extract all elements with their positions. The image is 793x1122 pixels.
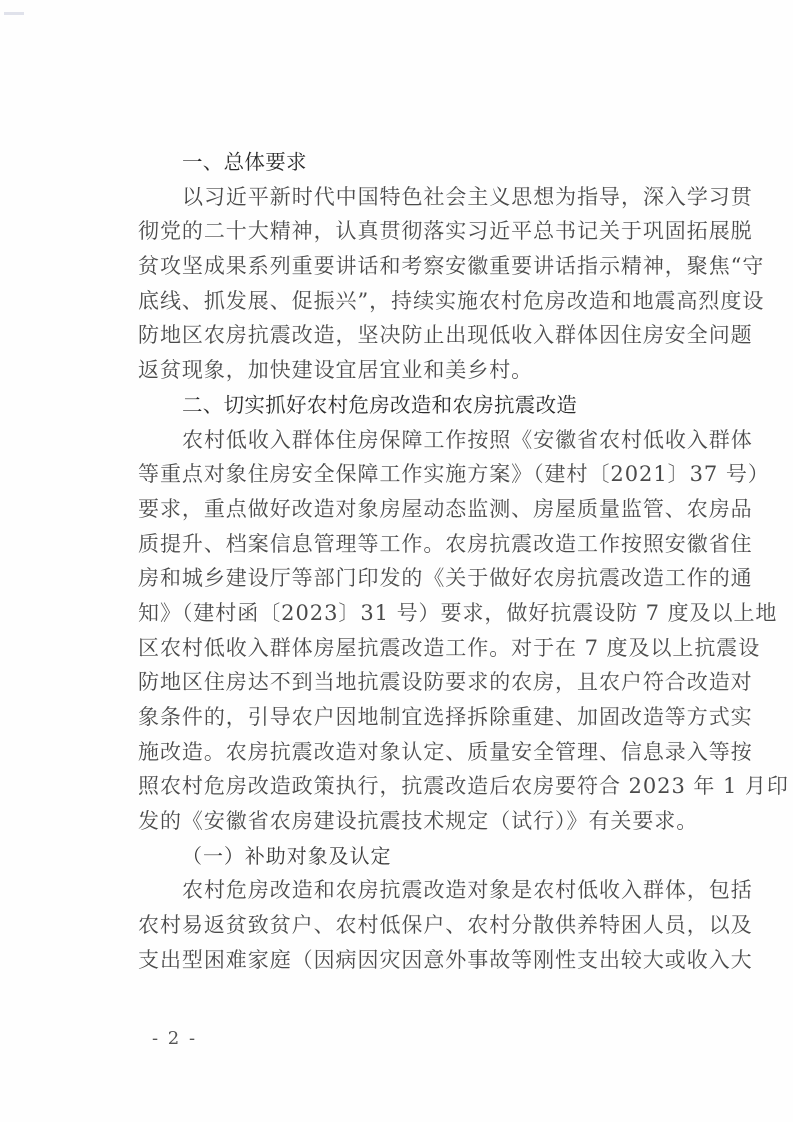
text-line: 以习近平新时代中国特色社会主义思想为指导，深入学习贯 <box>138 180 710 215</box>
text-line: 防地区农房抗震改造，坚决防止出现低收入群体因住房安全问题 <box>138 318 710 353</box>
text-line: 发的《安徽省农房建设抗震技术规定（试行）》有关要求。 <box>138 804 710 839</box>
text-line: 农村低收入群体住房保障工作按照《安徽省农村低收入群体 <box>138 423 710 458</box>
text-line: 要求，重点做好改造对象房屋动态监测、房屋质量监管、农房品 <box>138 492 710 527</box>
text-line: 知》（建村函〔2023〕31 号）要求，做好抗震设防 7 度及以上地 <box>138 596 710 631</box>
section-heading-1: 一、总体要求 <box>138 145 710 180</box>
paragraph-housing-renovation: 农村低收入群体住房保障工作按照《安徽省农村低收入群体 等重点对象住房安全保障工作… <box>138 423 710 839</box>
subsection-heading-subsidy-targets: （一）补助对象及认定 <box>138 839 710 874</box>
paragraph-general-requirements: 以习近平新时代中国特色社会主义思想为指导，深入学习贯 彻党的二十大精神，认真贯彻… <box>138 180 710 388</box>
text-line: 施改造。农房抗震改造对象认定、质量安全管理、信息录入等按 <box>138 735 710 770</box>
text-line: 农村危房改造和农房抗震改造对象是农村低收入群体，包括 <box>138 873 710 908</box>
text-line: 返贫现象，加快建设宜居宜业和美乡村。 <box>138 353 710 388</box>
document-page: 一、总体要求 以习近平新时代中国特色社会主义思想为指导，深入学习贯 彻党的二十大… <box>138 145 710 978</box>
text-line: 彻党的二十大精神，认真贯彻落实习近平总书记关于巩固拓展脱 <box>138 214 710 249</box>
paragraph-subsidy-targets: 农村危房改造和农房抗震改造对象是农村低收入群体，包括 农村易返贫致贫户、农村低保… <box>138 873 710 977</box>
text-line: 象条件的，引导农户因地制宜选择拆除重建、加固改造等方式实 <box>138 700 710 735</box>
scan-artifact <box>4 12 24 15</box>
text-line: 防地区住房达不到当地抗震设防要求的农房，且农户符合改造对 <box>138 665 710 700</box>
text-line: 等重点对象住房安全保障工作实施方案》（建村〔2021〕37 号） <box>138 457 710 492</box>
section-heading-2: 二、切实抓好农村危房改造和农房抗震改造 <box>138 388 710 423</box>
text-line: 照农村危房改造政策执行，抗震改造后农房要符合 2023 年 1 月印 <box>138 769 710 804</box>
text-line: 房和城乡建设厅等部门印发的《关于做好农房抗震改造工作的通 <box>138 561 710 596</box>
page-number: - 2 - <box>152 1028 197 1049</box>
text-line: 区农村低收入群体房屋抗震改造工作。对于在 7 度及以上抗震设 <box>138 631 710 666</box>
text-line: 底线、抓发展、促振兴”，持续实施农村危房改造和地震高烈度设 <box>138 284 710 319</box>
text-line: 农村易返贫致贫户、农村低保户、农村分散供养特困人员，以及 <box>138 908 710 943</box>
text-line: 支出型困难家庭（因病因灾因意外事故等刚性支出较大或收入大 <box>138 943 710 978</box>
text-line: 质提升、档案信息管理等工作。农房抗震改造工作按照安徽省住 <box>138 527 710 562</box>
text-line: 贫攻坚成果系列重要讲话和考察安徽重要讲话指示精神，聚焦“守 <box>138 249 710 284</box>
